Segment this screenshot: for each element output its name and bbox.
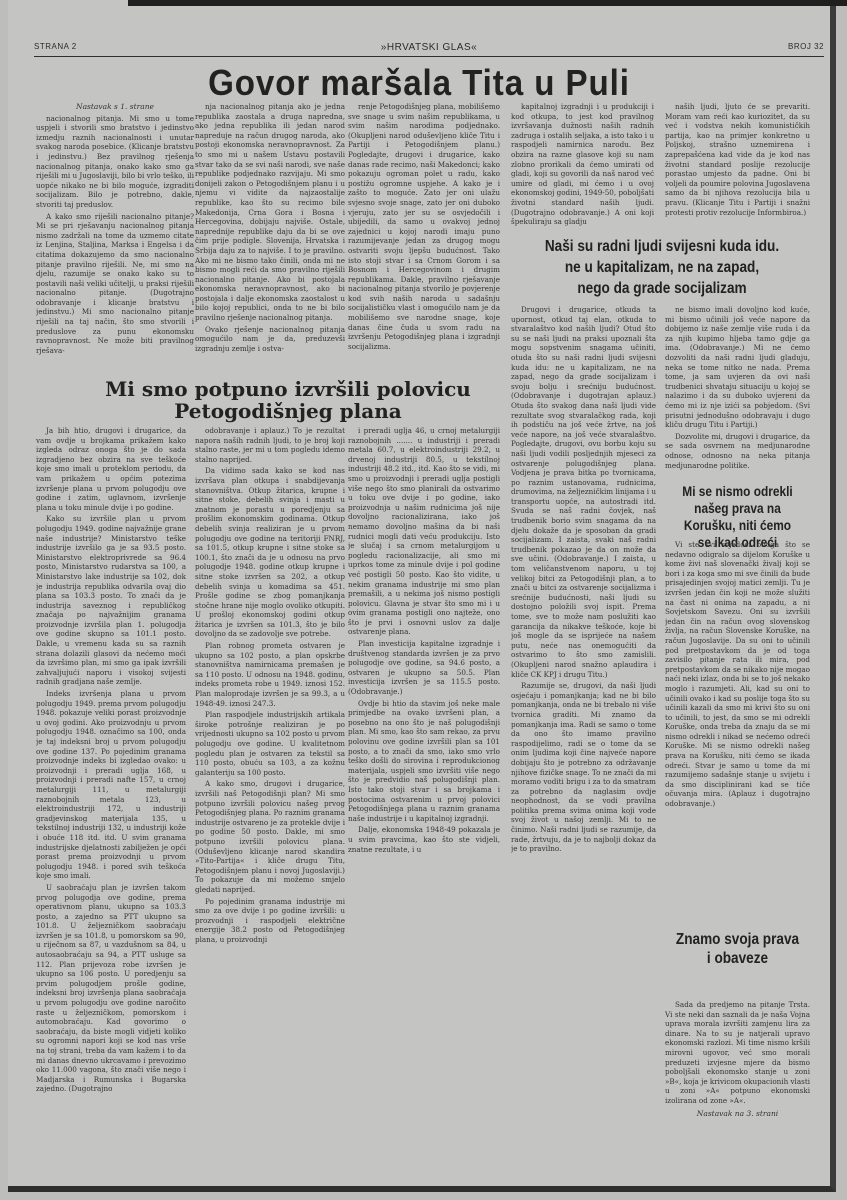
article4-headline: Znamo svoja prava i obaveze <box>665 930 810 968</box>
paragraph: Da vidimo sada kako se kod nas izvršava … <box>195 466 345 639</box>
article2-col1: Drugovi i drugarice, otkuda ta upornost,… <box>511 305 656 1175</box>
article1-col3: renje Petogodišnjeg plana, mobilišemo sv… <box>348 102 500 370</box>
paragraph: Ja bih htio, drugovi i drugarice, da vam… <box>36 426 186 512</box>
newspaper-title: »HRVATSKI GLAS« <box>34 42 824 53</box>
headline-line: Petogodišnjeg plana <box>68 400 508 422</box>
article5-headline: Mi smo potpuno izvršili polovicu Petogod… <box>68 378 508 422</box>
paragraph: nja nacionalnog pitanja ako je jedna rep… <box>195 102 345 323</box>
article2-headline: Naši su radni ljudi svijesni kuda idu. n… <box>506 236 818 299</box>
paragraph: U saobraćaju plan je izvršen takom prvog… <box>36 883 186 1094</box>
paragraph: Dalje, ekonomska 1948-49 pokazala je u s… <box>348 825 500 854</box>
paragraph: kapitalnoj izgradnji i u produkciji i ko… <box>511 102 654 227</box>
paragraph: Drugovi i drugarice, otkuda ta upornost,… <box>511 305 656 679</box>
continuation-kicker: Nastavak s 1. strane <box>36 102 194 112</box>
paragraph: Plan investicija kapitalne izgradnje i d… <box>348 639 500 697</box>
paragraph: naših ljudi, ljuto će se prevariti. Mora… <box>665 102 810 217</box>
paragraph: A kako smo, drugovi i drugarice, izvršil… <box>195 779 345 894</box>
paragraph: Plan robnog prometa ostvaren je ukupno s… <box>195 641 345 708</box>
paragraph: Kako su izvršile plan u prvom polugodju … <box>36 514 186 687</box>
paragraph: A kako smo riješili nacionalno pitanje? … <box>36 212 194 356</box>
scan-edge <box>128 0 847 6</box>
headline-line: Naši su radni ljudi svijesni kuda idu. <box>529 236 794 257</box>
paragraph: Indeks izvršenja plana u prvom polugodju… <box>36 689 186 881</box>
article5-col2: odobravanje i aplauz.) To je rezultat na… <box>195 426 345 1128</box>
article2-col2: ne bismo imali dovoljno kod kuće, mi bis… <box>665 305 810 475</box>
newspaper-page: STRANA 2 »HRVATSKI GLAS« BROJ 32 Govor m… <box>8 0 836 1192</box>
continuation-note: Nastavak na 3. strani <box>665 1109 810 1119</box>
article3-body: Vi ste svi svjedoci onoga što se nedavno… <box>665 540 810 920</box>
paragraph: Po pojedinim granama industrije mi smo z… <box>195 897 345 945</box>
headline-line: ne u kapitalizam, ne na zapad, <box>529 257 794 278</box>
article5-col1: Ja bih htio, drugovi i drugarice, da vam… <box>36 426 186 1128</box>
paragraph: Ovdje bi htio da stavim još neke male pr… <box>348 699 500 824</box>
paragraph: Sada da predjemo na pitanje Trsta. Vi st… <box>665 1000 810 1106</box>
article1-col4: kapitalnoj izgradnji i u produkciji i ko… <box>511 102 654 230</box>
paragraph: Ovako rješenje nacionalnog pitanja omogu… <box>195 325 345 354</box>
headline-text: Znamo svoja prava i obaveze <box>676 930 799 968</box>
article1-col5: naših ljudi, ljuto će se prevariti. Mora… <box>665 102 810 230</box>
paragraph: nacionalnog pitanja. Mi smo u tome uspje… <box>36 114 194 210</box>
paragraph: Vi ste svi svjedoci onoga što se nedavno… <box>665 540 810 809</box>
article1-col1: Nastavak s 1. strane nacionalnog pitanja… <box>36 102 194 370</box>
main-headline: Govor maršala Tita u Puli <box>41 62 797 104</box>
paragraph: i preradi uglja 46, u crnoj metalurgiji … <box>348 426 500 637</box>
paragraph: odobravanje i aplauz.) To je rezultat na… <box>195 426 345 464</box>
article1-col2: nja nacionalnog pitanja ako je jedna rep… <box>195 102 345 370</box>
headline-line: nego da grade socijalizam <box>529 278 794 299</box>
article4-body: Sada da predjemo na pitanje Trsta. Vi st… <box>665 1000 810 1130</box>
paragraph: ne bismo imali dovoljno kod kuće, mi bis… <box>665 305 810 430</box>
headline-line: Mi smo potpuno izvršili polovicu <box>68 378 508 400</box>
paragraph: renje Petogodišnjeg plana, mobilišemo sv… <box>348 102 500 351</box>
issue-number: BROJ 32 <box>788 42 824 51</box>
paragraph: Dozvolite mi, drugovi i drugarice, da se… <box>665 432 810 470</box>
paragraph: Razumije se, drugovi, da naši ljudi osje… <box>511 681 656 854</box>
article5-col3: i preradi uglja 46, u crnoj metalurgiji … <box>348 426 500 1128</box>
paragraph: Plan raspodjele industrijskih artikala š… <box>195 710 345 777</box>
masthead: STRANA 2 »HRVATSKI GLAS« BROJ 32 <box>34 40 824 57</box>
